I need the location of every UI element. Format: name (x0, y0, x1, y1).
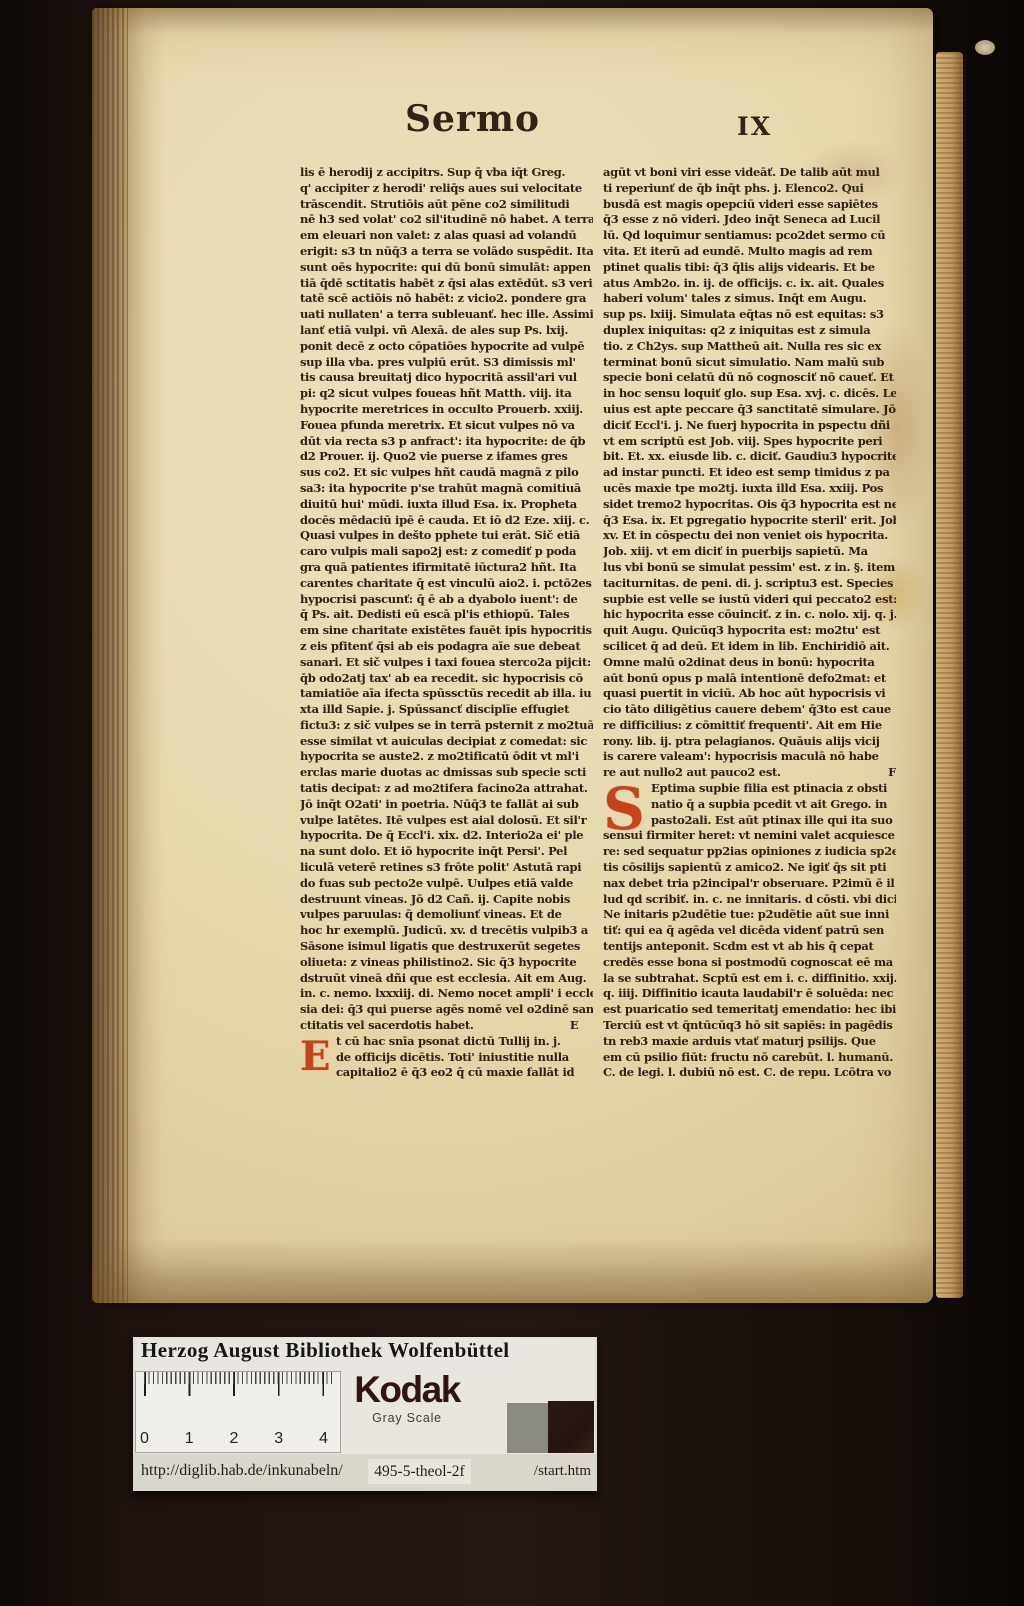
text-line: nē h3 sed volat' co2 sil'itudinē nō habe… (300, 212, 593, 228)
column-lines: agūt vt boni viri esse videāť. De talib … (603, 165, 896, 781)
text-line: Omne malū o2dinat deus in bonū: hypocrit… (603, 655, 896, 671)
text-line: natio q̄ a supbia pcedit vt ait Grego. i… (651, 797, 896, 813)
running-title: Sermo (405, 98, 540, 140)
text-line: sanari. Et sič vulpes i taxi fouea sterc… (300, 655, 593, 671)
digitization-url: http://diglib.hab.de/inkunabeln/ (141, 1462, 343, 1480)
page-top-shadow (92, 8, 933, 34)
ruler-tick-marks (144, 1372, 334, 1396)
text-line: q̄b odo2atj tax' ab ea recedit. sic hypo… (300, 671, 593, 687)
text-line: bit. Et. xx. eiusde lib. c. diciť. Gaudi… (603, 449, 896, 465)
text-line: Eptima supbie filia est ptinacia z obsti (651, 781, 896, 797)
text-line: tio. z Ch2ys. sup Mattheū ait. Nulla res… (603, 339, 896, 355)
text-line: de officijs dicētis. Toti' iniustitie nu… (336, 1050, 593, 1066)
text-line: ad instar puncti. Et ideo est semp timid… (603, 465, 896, 481)
text-line: dstruūt vineā dñi que est ecclesia. Ait … (300, 971, 593, 987)
text-line: xv. Et in cōspectu dei non veniet ois hy… (603, 528, 896, 544)
text-line: diuitū hui' mūdi. iuxta illud Esa. ix. P… (300, 497, 593, 513)
leaf-number: IX (737, 112, 772, 141)
text-line: tis causa breuitatj dico hypocritā assil… (300, 370, 593, 386)
text-line: z eis pfitenť q̄si ab eis podagra aīe su… (300, 639, 593, 655)
text-line: lis ē herodij z accipitrs. Sup q̄ vba iq… (300, 165, 593, 181)
page-bottom-curl (92, 1239, 933, 1303)
text-column-left: lis ē herodij z accipitrs. Sup q̄ vba iq… (300, 165, 593, 1081)
text-line: q' accipiter z herodi' reliq̄s aues sui … (300, 181, 593, 197)
text-line: destruunt vineas. Jō d2 Cañ. ij. Capite … (300, 892, 593, 908)
text-line: lū. Qd loquimur sentiamus: pco2det sermo… (603, 228, 896, 244)
color-reference-card: Herzog August Bibliothek Wolfenbüttel 01… (133, 1337, 597, 1491)
text-line: vita. Et iterū ad eundē. Multo magis ad … (603, 244, 896, 260)
text-line: vt em scriptū est Job. viij. Spes hypocr… (603, 434, 896, 450)
text-line: ponit decē z octo cōpatiōes hypocrite ad… (300, 339, 593, 355)
text-line: q̄3 esse z nō videri. Jdeo inq̄t Seneca … (603, 212, 896, 228)
text-line: tn reb3 maxie arduis vtať maturj psilijs… (603, 1034, 896, 1050)
text-line: in. c. nemo. lxxxiij. di. Nemo nocet amp… (300, 986, 593, 1002)
text-line: trāscendit. Strutiōis aūt pēne co2 simil… (300, 197, 593, 213)
ruler-number: 4 (319, 1430, 328, 1448)
text-line: atus Amb2o. in. ij. de officijs. c. ix. … (603, 276, 896, 292)
book-page: Sermo IX lis ē herodij z accipitrs. Sup … (92, 8, 933, 1303)
text-line: oliueta: z vineas philistino2. Sic q̄3 h… (300, 955, 593, 971)
text-line: pi: q2 sicut vulpes foueas hñt Matth. vi… (300, 386, 593, 402)
text-line: Terciū est vt q̄ntūcūq3 hō sit sapiēs: i… (603, 1018, 896, 1034)
text-line: sidet tremo2 hypocritas. Ois q̄3 hypocri… (603, 497, 896, 513)
text-line: haberi volum' tales z simus. Inq̄t em Au… (603, 291, 896, 307)
text-line: est puaricatio sed temeritatj emendatio:… (603, 1002, 896, 1018)
initial-lines: t cū hac snīa psonat dictū Tullij in. j.… (300, 1034, 593, 1081)
text-line: specie boni celatū dū nō cognosciť nō ca… (603, 370, 896, 386)
text-line: tiť: qui ea q̄ agēda vel dicēda videnť p… (603, 923, 896, 939)
text-line: em eleuari non valet: z alas quasi ad vo… (300, 228, 593, 244)
text-line: erclas marie duotas ac dmissas sub speci… (300, 765, 593, 781)
text-line: lud qd scribiť. in. c. ne innitaris. d c… (603, 892, 896, 908)
text-line: d2 Prouer. ij. Quo2 vie puerse z ifames … (300, 449, 593, 465)
text-line: lanť etiā vulpi. vñ Alexā. de ales sup P… (300, 323, 593, 339)
text-line: scilicet q̄ ad deū. Et idem in lib. Ench… (603, 639, 896, 655)
text-line: tentijs anteponit. Scdm est vt ab his q̄… (603, 939, 896, 955)
text-line: esse similat vt auiculas decipiat z come… (300, 734, 593, 750)
text-line: liculā veterē retines s3 frōte polit' As… (300, 860, 593, 876)
text-line: re: sed sequatur pp2ias opiniones z iudi… (603, 844, 896, 860)
text-line: cio tāto diligētius cauere debem' q̄3to … (603, 702, 896, 718)
text-line: nax debet tria p2incipal'r obseruare. P2… (603, 876, 896, 892)
kodak-brand-text: Kodak (341, 1370, 473, 1410)
text-line: credēs esse bona si postmodū cognoscat e… (603, 955, 896, 971)
text-line: uati nullaten' a terra subleuanť. hec il… (300, 307, 593, 323)
text-line: re difficilius: z cōmittiť frequenti'. A… (603, 718, 896, 734)
text-line: hypocrita. De q̄ Eccl'i. xix. d2. Interi… (300, 828, 593, 844)
gray-scale-patch-mid (507, 1403, 548, 1453)
text-line: C. de legi. l. dubiū nō est. C. de repu.… (603, 1065, 896, 1081)
text-line: erigit: s3 tn nūq̄3 a terra se volādo su… (300, 244, 593, 260)
text-line: q̄ Ps. ait. Dedisti eū escā pl'is ethiop… (300, 607, 593, 623)
text-line: re aut nullo2 aut pauco2 est. F (603, 765, 896, 781)
text-line: sa3: ita hypocrite p'se trahūt magnā com… (300, 481, 593, 497)
shelfmark-label: 495-5-theol-2f (368, 1459, 471, 1484)
text-line: diciť Eccl'i. j. Ne fuerj hypocrita in p… (603, 418, 896, 434)
lombard-initial: S (603, 781, 651, 828)
text-line: ctitatis vel sacerdotis habet. E (300, 1018, 593, 1034)
text-line: na sunt dolo. Et iō hypocrite inq̄t Pers… (300, 844, 593, 860)
text-line: em sine charitate existētes fauēt ipis h… (300, 623, 593, 639)
start-path-label: /start.htm (534, 1463, 591, 1480)
text-line: docēs mēdaciū ipē ē cauda. Et iō d2 Eze.… (300, 513, 593, 529)
rubricated-paragraph: E t cū hac snīa psonat dictū Tullij in. … (300, 1034, 593, 1081)
text-line: agūt vt boni viri esse videāť. De talib … (603, 165, 896, 181)
kodak-gray-scale-logo: Kodak Gray Scale (341, 1370, 473, 1425)
text-line: fictu3: z sič vulpes se in terrā psterni… (300, 718, 593, 734)
text-line: supbie est velle se iustū videri qui pec… (603, 592, 896, 608)
text-line: busdā est magis opepciū videri esse sapi… (603, 197, 896, 213)
text-line: is carere valeam': hypocrisis maculā nō … (603, 749, 896, 765)
gray-scale-label: Gray Scale (341, 1411, 473, 1425)
text-line: vulpe latētes. Itē vulpes est aial dolos… (300, 813, 593, 829)
text-line: dūt via recta s3 p anfract': ita hypocri… (300, 434, 593, 450)
text-line: sup ps. lxiij. Simulata eq̄tas nō est eq… (603, 307, 896, 323)
text-line: sensui firmiter heret: vt nemini valet a… (603, 828, 896, 844)
text-line: ucēs maxie tpe mo2tj. iuxta illd Esa. xx… (603, 481, 896, 497)
text-line: caro vulpis mali sapo2j est: z comediť p… (300, 544, 593, 560)
text-line: Job. xiij. vt em diciť in puerbijs sapie… (603, 544, 896, 560)
library-name: Herzog August Bibliothek Wolfenbüttel (141, 1338, 510, 1363)
text-line: Quasi vulpes in dešto pphete tui erāt. S… (300, 528, 593, 544)
text-line: rony. lib. ij. ptra pelagianos. Quāuis a… (603, 734, 896, 750)
text-line: la se subtrahat. Scptū est em i. c. diff… (603, 971, 896, 987)
text-line: hypocrita se auste2. z mo2tificatū ōdit … (300, 749, 593, 765)
text-line: tamiatiōe aīa ifecta spūssctūs recedit a… (300, 686, 593, 702)
text-line: sunt oēs hypocrite: qui dū bonū simulāt:… (300, 260, 593, 276)
text-line: quasi puertit in viciū. Ab hoc aūt hypoc… (603, 686, 896, 702)
text-line: tiā q̄dē sctitatis habēt z q̄si alas ext… (300, 276, 593, 292)
text-line: xta illd Sapie. j. Spūssancť disciplīe e… (300, 702, 593, 718)
ruler-number: 3 (274, 1430, 283, 1448)
text-line: in hoc sensu loquiť glo. sup Esa. xvj. c… (603, 386, 896, 402)
rubricated-paragraph: S Eptima supbie filia est ptinacia z obs… (603, 781, 896, 828)
page-holder-spot (975, 40, 995, 55)
text-line: tis cōsilijs sapientū z amico2. Ne igiť … (603, 860, 896, 876)
text-line: lus vbi bonū se simulat pessim' est. z i… (603, 560, 896, 576)
text-line: hoc hr exemplū. Judicū. xv. d trecētis v… (300, 923, 593, 939)
text-line: q̄3 Esa. ix. Et pgregatio hypocrite ster… (603, 513, 896, 529)
card-url-row: http://diglib.hab.de/inkunabeln/ 495-5-t… (133, 1454, 597, 1491)
text-line: sup illa vba. pres vulpiū erūt. S3 dimis… (300, 355, 593, 371)
text-line: uius est apte peccare q̄3 sanctitatē sim… (603, 402, 896, 418)
text-line: quit Augu. Quicūq3 hypocrita est: mo2tu'… (603, 623, 896, 639)
text-line: sia dei: q̄3 qui puerse agēs nomē vel o2… (300, 1002, 593, 1018)
scanned-incunable-photo: Sermo IX lis ē herodij z accipitrs. Sup … (0, 0, 1024, 1606)
text-line: capitalio2 ē q̄3 eo2 q̄ cū maxie fallāt … (336, 1065, 593, 1081)
text-line: Sāsone isimul ligatis que destruxerūt se… (300, 939, 593, 955)
ruler-number: 0 (140, 1430, 149, 1448)
facing-leaves-fore-edge (936, 52, 963, 1298)
text-line: tatē scē actiōis nō habēt: z vicio2. pon… (300, 291, 593, 307)
text-line: terminat bonū sicut simulatio. Nam malū … (603, 355, 896, 371)
text-line: duplex iniquitas: q2 z iniquitas est z s… (603, 323, 896, 339)
text-line: Ne initaris p2udētie tue: p2udētie aūt s… (603, 907, 896, 923)
text-line: tatis decipat: z ad mo2tifera facino2a a… (300, 781, 593, 797)
text-line: sus co2. Et sic vulpes hñt caudā magnā z… (300, 465, 593, 481)
column-lines: lis ē herodij z accipitrs. Sup q̄ vba iq… (300, 165, 593, 1034)
page-gutter-shadow (92, 8, 164, 1303)
text-line: vulpes paruulas: q̄ demoliunť vineas. Et… (300, 907, 593, 923)
ruler-numbers: 01234 (140, 1430, 328, 1448)
text-line: hic hypocrita esse cōuinciť. z in. c. no… (603, 607, 896, 623)
column-lines-after: sensui firmiter heret: vt nemini valet a… (603, 828, 896, 1081)
text-line: Fouea pfunda meretrix. Et sicut vulpes n… (300, 418, 593, 434)
ruler: 01234 (135, 1371, 341, 1453)
ruler-number: 1 (185, 1430, 194, 1448)
text-line: ti reperiunť de q̄b inq̄t phs. j. Elenco… (603, 181, 896, 197)
text-line: do fuas sub pecto2e vulpē. Uulpes etiā v… (300, 876, 593, 892)
lombard-initial: E (300, 1034, 336, 1081)
text-line: Jō inq̄t O2ati' in poetria. Nūq̄3 te fal… (300, 797, 593, 813)
text-line: gra quā patientes ifirmitatē iūctura2 hñ… (300, 560, 593, 576)
text-line: carentes charitate q̄ est vinculū aio2. … (300, 576, 593, 592)
text-line: hypocrisi pascunť: q̄ ē ab a dyabolo iue… (300, 592, 593, 608)
gray-scale-patch-dark (548, 1401, 594, 1453)
text-line: taciturnitas. de peni. di. j. scriptu3 e… (603, 576, 896, 592)
text-line: aūt bonū opus p malā intentionē defo2mat… (603, 671, 896, 687)
text-line: ptinet qualis tibi: q̄3 q̄lis alijs vide… (603, 260, 896, 276)
text-column-right: agūt vt boni viri esse videāť. De talib … (603, 165, 896, 1081)
text-line: hypocrite meretrices in occulto Prouerb.… (300, 402, 593, 418)
text-line: t cū hac snīa psonat dictū Tullij in. j. (336, 1034, 593, 1050)
ruler-number: 2 (230, 1430, 239, 1448)
text-line: em cū psilio fiūt: fructu nō carebūt. l.… (603, 1050, 896, 1066)
text-line: pasto2ali. Est aūt ptinax ille qui ita s… (651, 813, 896, 829)
text-line: q. iiij. Diffinitio icauta laudabil'r ē … (603, 986, 896, 1002)
